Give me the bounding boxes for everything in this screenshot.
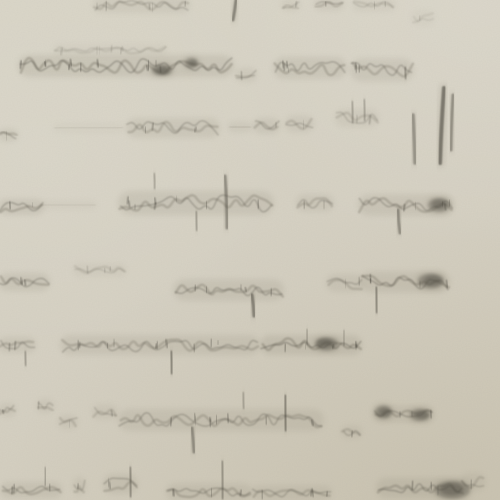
handwriting-ink-layer [0,0,500,500]
paper-grain-texture [0,0,500,500]
manuscript-page [0,0,500,500]
